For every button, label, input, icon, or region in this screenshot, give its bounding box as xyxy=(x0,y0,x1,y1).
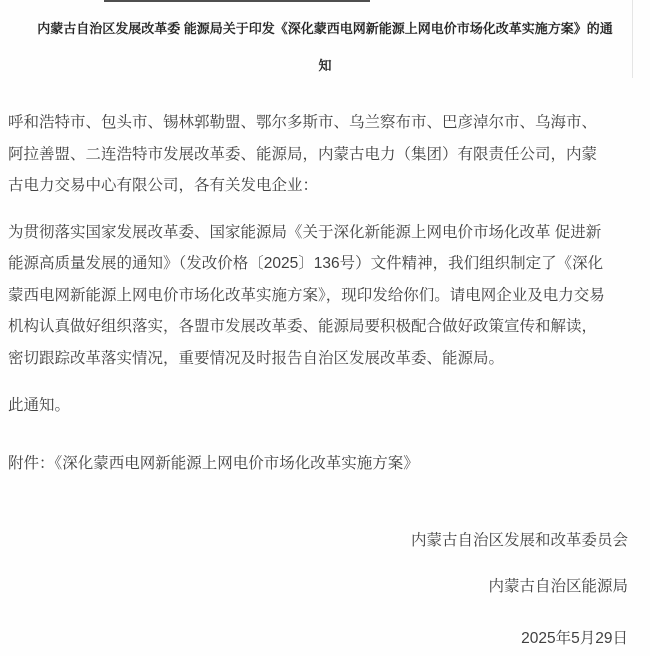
paragraph-recipients: 呼和浩特市、包头市、锡林郭勒盟、鄂尔多斯市、乌兰察布市、巴彦淖尔市、乌海市、阿拉… xyxy=(8,107,612,202)
notice-page: 内蒙古自治区发展改革委 能源局关于印发《深化蒙西电网新能源上网电价市场化改革实施… xyxy=(0,0,650,656)
attachment-line: 附件：《深化蒙西电网新能源上网电价市场化改革实施方案》 xyxy=(8,448,612,480)
signature-block: 内蒙古自治区发展和改革委员会 内蒙古自治区能源局 2025年5月29日 xyxy=(0,525,650,655)
paragraph-main: 为贯彻落实国家发展改革委、国家能源局《关于深化新能源上网电价市场化改革 促进新能… xyxy=(8,217,612,375)
notice-title-line-1: 内蒙古自治区发展改革委 能源局关于印发《深化蒙西电网新能源上网电价市场化改革实施… xyxy=(30,10,620,47)
signature-issuer-2: 内蒙古自治区能源局 xyxy=(0,571,628,603)
issue-date: 2025年5月29日 xyxy=(0,623,628,655)
paragraph-closing: 此通知。 xyxy=(8,390,612,422)
notice-body: 呼和浩特市、包头市、锡林郭勒盟、鄂尔多斯市、乌兰察布市、巴彦淖尔市、乌海市、阿拉… xyxy=(0,107,650,479)
notice-title: 内蒙古自治区发展改革委 能源局关于印发《深化蒙西电网新能源上网电价市场化改革实施… xyxy=(0,0,650,84)
right-edge-line xyxy=(632,0,633,78)
cropped-top-line xyxy=(104,0,370,2)
signature-issuer-1: 内蒙古自治区发展和改革委员会 xyxy=(0,525,628,557)
notice-title-line-2: 知 xyxy=(30,47,620,84)
